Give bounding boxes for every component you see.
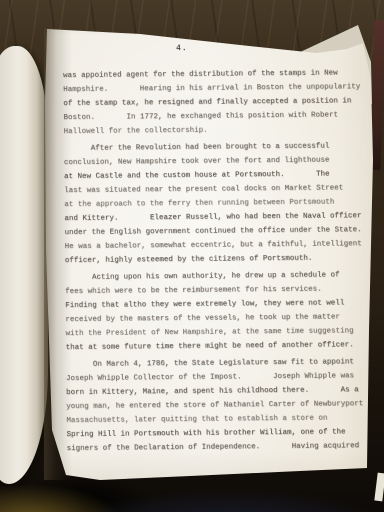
photo-of-typescript-page: 4. was appointed agent for the distribut… — [0, 0, 384, 512]
typed-line: Hallowell for the collectorship. — [64, 122, 376, 139]
page-content: 4. was appointed agent for the distribut… — [0, 0, 384, 512]
typed-line: that at some future time there might be … — [66, 338, 378, 355]
typed-line: signers of the Declaration of Independen… — [67, 439, 379, 456]
paragraph: Acting upon his own authority, he drew u… — [65, 268, 378, 355]
typed-body: was appointed agent for the distribution… — [63, 66, 379, 456]
page-number: 4. — [176, 44, 188, 53]
paragraph: was appointed agent for the distribution… — [63, 66, 376, 139]
paragraph: After the Revolution had been brought to… — [64, 139, 377, 268]
typed-line: officer, highly esteemed by the citizens… — [65, 251, 377, 268]
paragraph: On March 4, 1786, the State Legislature … — [66, 355, 379, 456]
